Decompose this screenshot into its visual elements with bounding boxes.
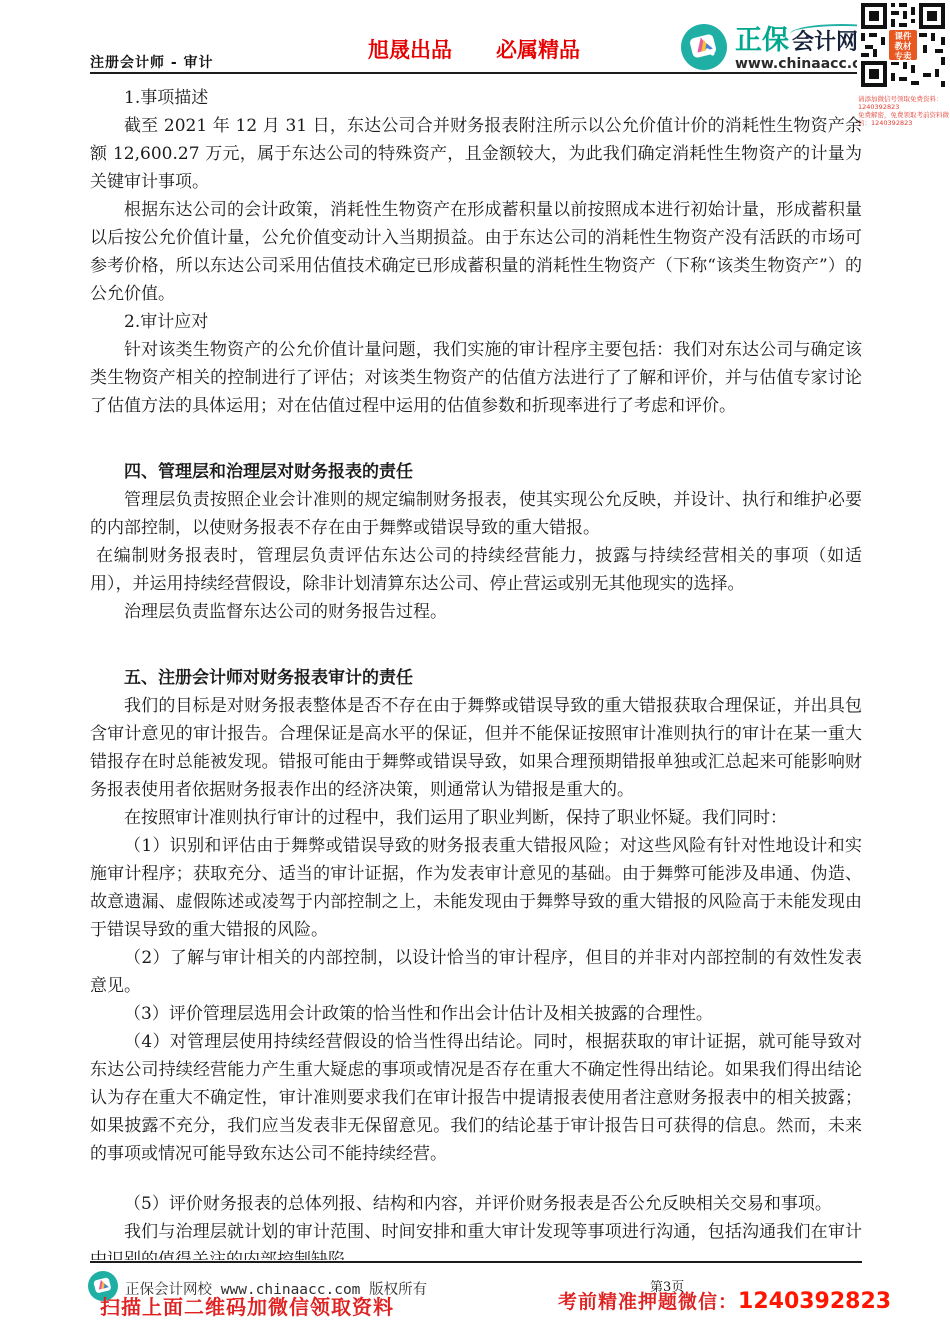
body-paragraph: 我们与治理层就计划的审计范围、时间安排和重大审计发现等事项进行沟通，包括沟通我们… — [90, 1218, 862, 1260]
body-paragraph: 管理层负责按照企业会计准则的规定编制财务报表，使其实现公允反映，并设计、执行和维… — [90, 486, 862, 542]
subheading-audit-response: 2.审计应对 — [90, 308, 862, 336]
footer-scan-tip: 扫描上面二维码加微信领取资料 — [100, 1291, 394, 1320]
document-page: 旭晟出品 必属精品 正保 会计网校 www.chinaacc.com 注册会计师… — [0, 0, 950, 1344]
body-paragraph-item-5: （5）评价财务报表的总体列报、结构和内容，并评价财务报表是否公允反映相关交易和事… — [90, 1190, 862, 1218]
qr-caption-line1: 请添加微信号领取免费资料：1240392823 — [858, 95, 950, 111]
body-paragraph: 根据东达公司的会计政策，消耗性生物资产在形成蓄积量以前按照成本进行初始计量，形成… — [90, 196, 862, 308]
section-heading-4: 四、管理层和治理层对财务报表的责任 — [90, 458, 862, 486]
logo-brand-text: 正保 — [735, 27, 789, 54]
section-heading-5: 五、注册会计师对财务报表审计的责任 — [90, 664, 862, 692]
qr-badge-line3: 专卖 — [894, 51, 912, 62]
footer-push-contact: 考前精准押题微信： 1240392823 — [558, 1287, 891, 1314]
body-paragraph-item-3: （3）评价管理层选用会计政策的恰当性和作出会计估计及相关披露的合理性。 — [90, 1000, 862, 1028]
qr-badge-line1: 课件 — [894, 31, 912, 42]
body-paragraph: 我们的目标是对财务报表整体是否不存在由于舞弊或错误导致的重大错报获取合理保证，并… — [90, 692, 862, 804]
qr-code: 课件 教材 专卖 — [857, 75, 949, 94]
push-wechat-number: 1240392823 — [738, 1289, 891, 1314]
body-paragraph-item-1: （1）识别和评估由于舞弊或错误导致的财务报表重大错报风险；对这些风险有针对性地设… — [90, 832, 862, 944]
body-paragraph: 治理层负责监督东达公司的财务报告过程。 — [90, 598, 862, 626]
push-label: 考前精准押题微信： — [558, 1287, 738, 1314]
body-paragraph-item-2: （2）了解与审计相关的内部控制，以设计恰当的审计程序，但目的并非对内部控制的有效… — [90, 944, 862, 1000]
header-rule — [90, 72, 862, 74]
slogan-right: 必属精品 — [496, 34, 580, 64]
qr-caption-line2: 免费解密，免费领取考前资料微信：1240392823 — [858, 111, 950, 127]
course-label: 注册会计师 - 审计 — [90, 52, 214, 72]
subheading-matter-description: 1.事项描述 — [90, 84, 862, 112]
body-paragraph-item-4: （4）对管理层使用持续经营假设的恰当性得出结论。同时，根据获取的审计证据，就可能… — [90, 1028, 862, 1168]
body-paragraph: 针对该类生物资产的公允价值计量问题，我们实施的审计程序主要包括：我们对东达公司与… — [90, 336, 862, 420]
footer-rule — [90, 1261, 862, 1263]
qr-block: 课件 教材 专卖 请添加微信号领取免费资料：1240392823 免费解密，免费… — [856, 0, 950, 127]
chinaacc-logo: 正保 会计网校 www.chinaacc.com — [681, 24, 885, 74]
body-paragraph: 在按照审计准则执行审计的过程中，我们运用了职业判断，保持了职业怀疑。我们同时： — [90, 804, 862, 832]
qr-badge-line2: 教材 — [893, 41, 912, 52]
slogan-left: 旭晟出品 — [368, 34, 452, 64]
page-number: 第3页 — [650, 1276, 684, 1295]
body-paragraph: 截至 2021 年 12 月 31 日，东达公司合并财务报表附注所示以公允价值计… — [90, 112, 862, 196]
chinaacc-logo-icon — [681, 24, 727, 74]
document-body: 1.事项描述 截至 2021 年 12 月 31 日，东达公司合并财务报表附注所… — [90, 84, 862, 1260]
header-slogans: 旭晟出品 必属精品 — [368, 34, 580, 64]
body-paragraph: 在编制财务报表时，管理层负责评估东达公司的持续经营能力，披露与持续经营相关的事项… — [90, 542, 862, 598]
